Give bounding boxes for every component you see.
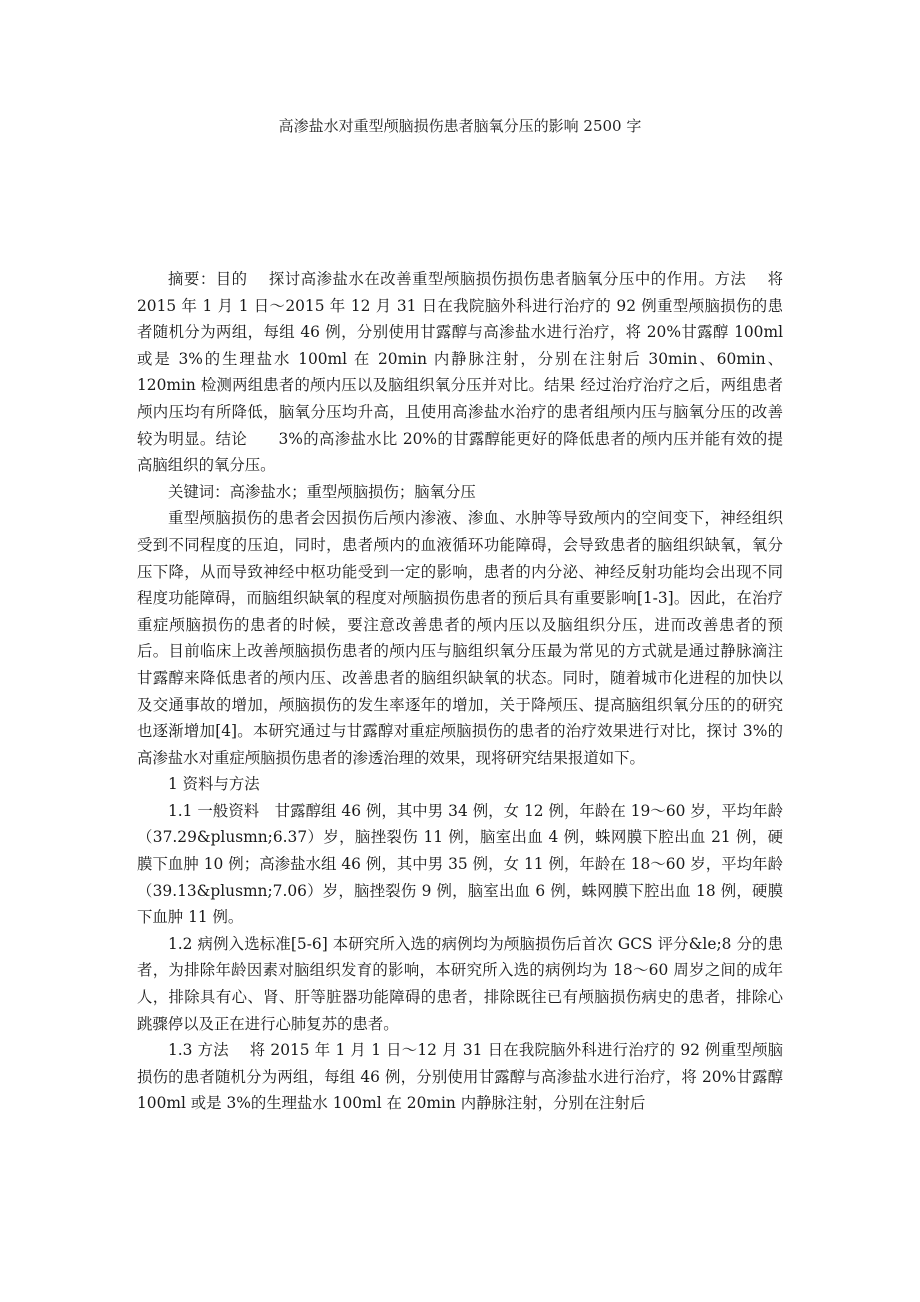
method-paragraph: 1.3 方法 将 2015 年 1 月 1 日～12 月 31 日在我院脑外科进…: [137, 1037, 783, 1117]
section-heading-methods: 1 资料与方法: [137, 771, 783, 798]
introduction-paragraph: 重型颅脑损伤的患者会因损伤后颅内渗液、渗血、水肿等导致颅内的空间变下，神经组织受…: [137, 505, 783, 771]
keywords-paragraph: 关键词：高渗盐水；重型颅脑损伤；脑氧分压: [137, 479, 783, 506]
abstract-paragraph: 摘要：目的 探讨高渗盐水在改善重型颅脑损伤损伤患者脑氧分压中的作用。方法 将 2…: [137, 266, 783, 479]
document-body: 摘要：目的 探讨高渗盐水在改善重型颅脑损伤损伤患者脑氧分压中的作用。方法 将 2…: [137, 266, 783, 1117]
general-data-paragraph: 1.1 一般资料 甘露醇组 46 例，其中男 34 例，女 12 例，年龄在 1…: [137, 798, 783, 931]
document-title: 高渗盐水对重型颅脑损伤患者脑氧分压的影响 2500 字: [0, 116, 920, 136]
inclusion-criteria-paragraph: 1.2 病例入选标准[5-6] 本研究所入选的病例均为颅脑损伤后首次 GCS 评…: [137, 931, 783, 1037]
